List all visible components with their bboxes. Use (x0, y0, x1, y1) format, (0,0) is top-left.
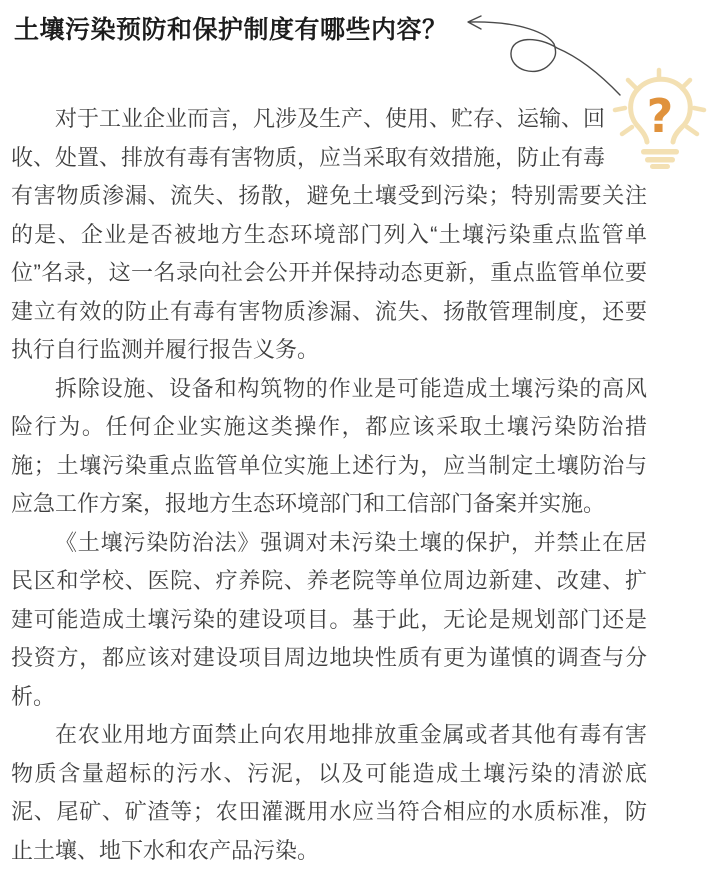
paragraph-agricultural-land: 在农业用地方面禁止向农用地排放重金属或者其他有毒有害物质含量超标的污水、污泥，以… (11, 716, 647, 870)
paragraph-demolition-risk: 拆除设施、设备和构筑物的作业是可能造成土壤污染的高风险行为。任何企业实施这类操作… (11, 370, 647, 524)
article-body: 对于工业企业而言，凡涉及生产、使用、贮存、运输、回收、处置、排放有毒有害物质，应… (11, 100, 647, 870)
curl-arrow-icon (450, 8, 630, 103)
bulb-float-spacer (605, 100, 647, 172)
question-mark-glyph: ? (647, 89, 674, 143)
page-title: 土壤污染预防和保护制度有哪些内容？ (14, 10, 448, 46)
paragraph-industrial-enterprises: 对于工业企业而言，凡涉及生产、使用、贮存、运输、回收、处置、排放有毒有害物质，应… (11, 100, 647, 370)
document-page: 土壤污染预防和保护制度有哪些内容？ ? 对于工业企业而言，凡涉及生产、使用、贮存… (0, 0, 709, 881)
paragraph-protection-law: 《土壤污染防治法》强调对未污染土壤的保护，并禁止在居民区和学校、医院、疗养院、养… (11, 524, 647, 717)
